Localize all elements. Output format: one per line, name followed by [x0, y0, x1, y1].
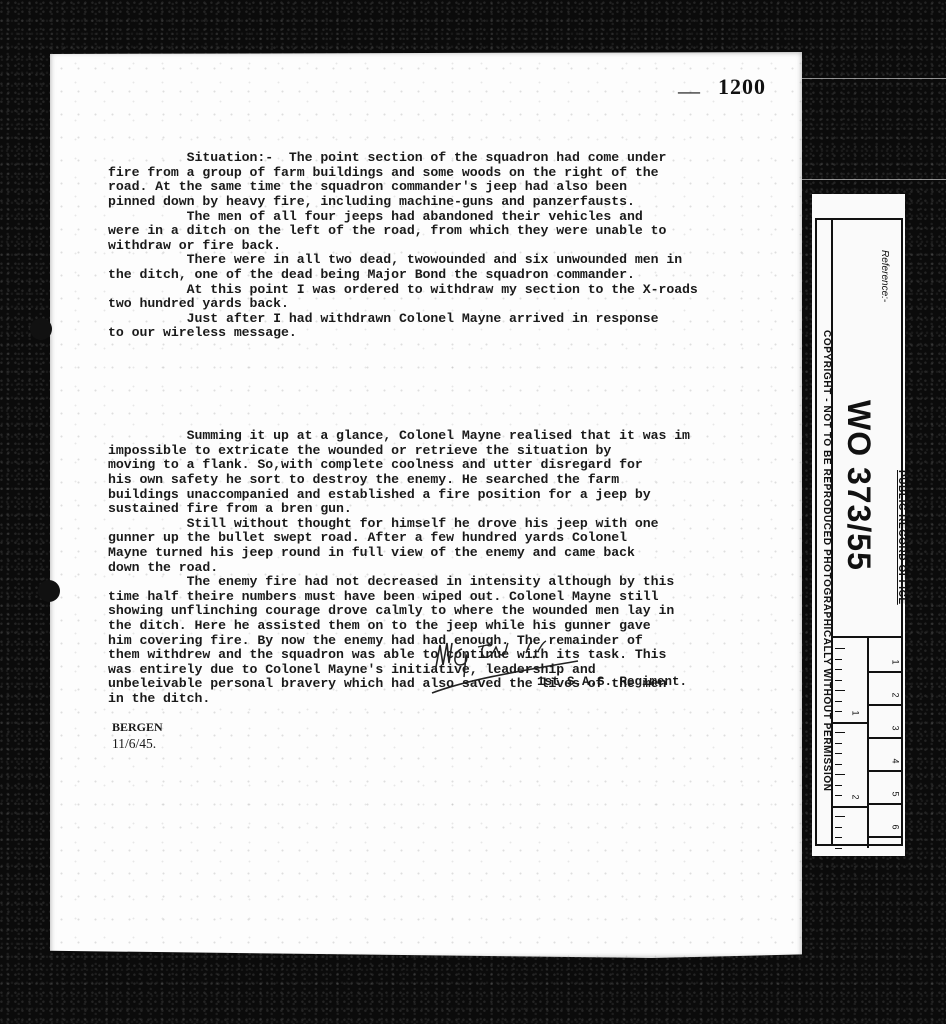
ruler-tick [835, 743, 842, 744]
label-frame: COPYRIGHT - NOT TO BE REPRODUCED PHOTOGR… [815, 218, 903, 846]
cm-label: 6 [891, 824, 901, 829]
date: 11/6/45. [112, 736, 156, 752]
record-office-name: PUBLIC RECORD OFFICE [896, 470, 907, 605]
cm-line [869, 770, 903, 772]
punch-hole [38, 580, 60, 602]
ruler-tick [835, 774, 845, 775]
unit-name: 1st S.A.S. Regiment. [537, 675, 687, 689]
paragraph: The men of all four jeeps had abandoned … [108, 210, 798, 254]
paragraph: Situation:- The point section of the squ… [108, 151, 798, 209]
cm-line [869, 704, 903, 706]
paragraph: Summing it up at a glance, Colonel Mayne… [108, 429, 798, 517]
page-number-text: 1200 [718, 74, 766, 99]
cm-line [869, 671, 903, 673]
ruler-tick [835, 795, 842, 796]
ruler-tick [835, 701, 842, 702]
ruler-divider [867, 638, 869, 848]
ruler-tick [835, 764, 842, 765]
inch-label: 1 [851, 710, 861, 715]
section-gap [108, 370, 798, 400]
ruler-tick [835, 711, 842, 712]
ruler-tick [835, 837, 842, 838]
punch-hole [30, 318, 52, 340]
inch-line [833, 806, 867, 808]
page-number-dash: — [678, 78, 701, 104]
scan-streak [800, 179, 946, 180]
ruler-tick [835, 816, 845, 817]
cm-line [869, 836, 903, 838]
copyright-notice: COPYRIGHT - NOT TO BE REPRODUCED PHOTOGR… [821, 330, 832, 792]
cm-line [869, 803, 903, 805]
document-page: — 1200 Situation:- The point section of … [50, 52, 802, 958]
ruler-tick [835, 648, 845, 649]
ruler-tick [835, 690, 845, 691]
ruler-tick [835, 680, 842, 681]
paragraph: There were in all two dead, twowounded a… [108, 253, 798, 282]
scan-streak [800, 78, 946, 79]
ruler-tick [835, 827, 842, 828]
ruler-tick [835, 848, 842, 849]
cm-label: 3 [891, 725, 901, 730]
place: BERGEN [112, 720, 163, 735]
cm-line [869, 737, 903, 739]
reference-caption: Reference:- [879, 250, 890, 302]
piece-reference: WO 373/55 [840, 400, 877, 571]
ruler-tick [835, 669, 842, 670]
ruler-tick [835, 785, 842, 786]
situation-section: Situation:- The point section of the squ… [108, 151, 798, 341]
ruler-tick [835, 732, 845, 733]
inch-line [833, 722, 867, 724]
cm-label: 5 [891, 791, 901, 796]
cm-label: 1 [891, 659, 901, 664]
inch-label: 2 [851, 794, 861, 799]
cm-label: 2 [891, 692, 901, 697]
cm-label: 4 [891, 758, 901, 763]
paragraph: Still without thought for himself he dro… [108, 517, 798, 575]
ruler-tick [835, 753, 842, 754]
measurement-ruler: 12123456 [833, 636, 903, 848]
ruler-tick [835, 659, 842, 660]
archive-reference-label: COPYRIGHT - NOT TO BE REPRODUCED PHOTOGR… [812, 194, 905, 856]
paragraph: At this point I was ordered to withdraw … [108, 283, 798, 312]
paragraph: Just after I had withdrawn Colonel Mayne… [108, 312, 798, 341]
page-number: — 1200 [718, 74, 766, 100]
